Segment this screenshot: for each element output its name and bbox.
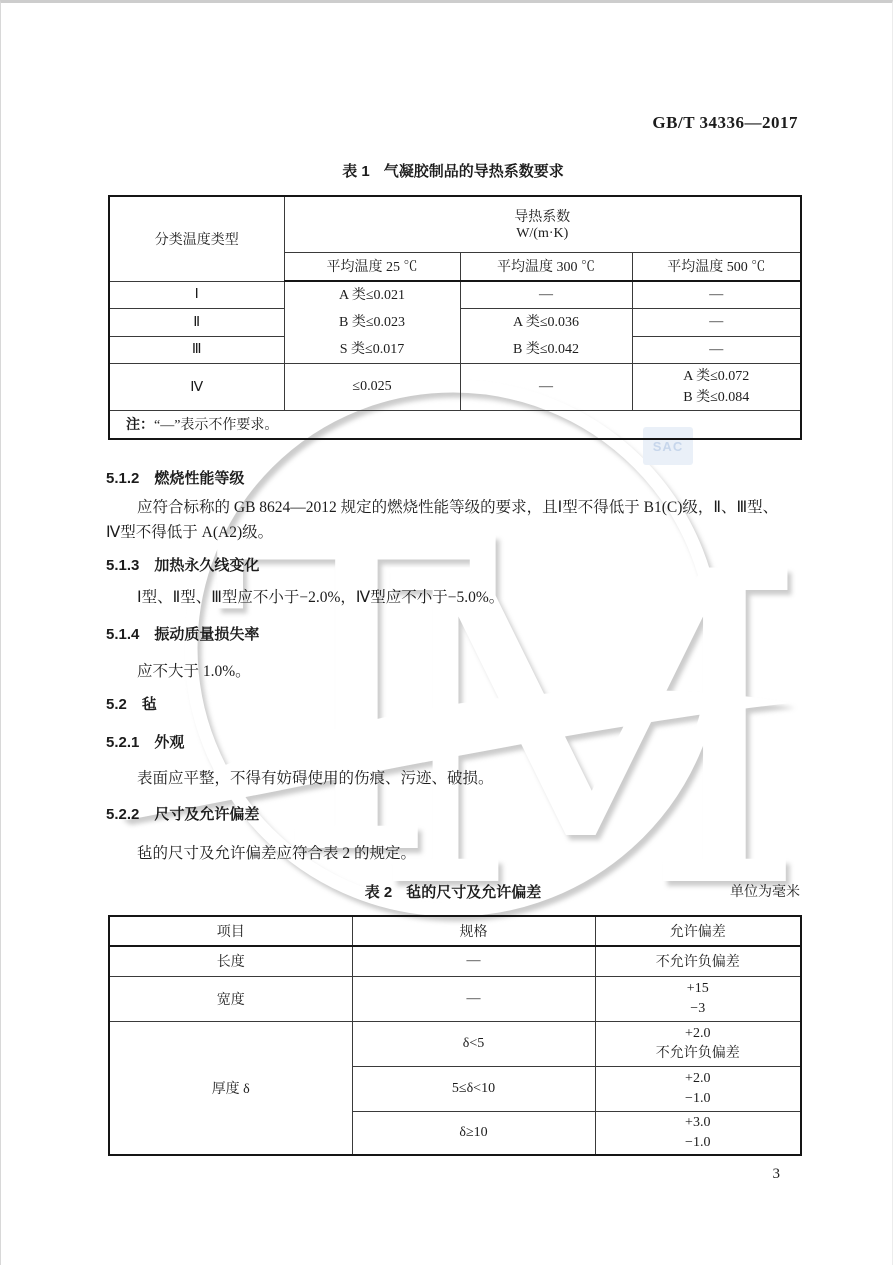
table2-felt-dimensions: 项目 规格 允许偏差 长度 — 不允许负偏差 宽度 — +15 −3 厚度 δ …: [108, 915, 802, 1156]
t2-header-deviation: 允许偏差: [595, 916, 801, 946]
table-row: 宽度 — +15 −3: [109, 976, 801, 1021]
t1-group-line2: W/(m·K): [289, 226, 797, 242]
t1-note-label: 注：: [126, 416, 154, 432]
table1-thermal-conductivity: 分类温度类型 导热系数 W/(m·K) 平均温度 25 ℃ 平均温度 300 ℃…: [108, 195, 802, 440]
section-513-heading: 5.1.3加热永久线变化: [106, 554, 806, 575]
t2-spec-width: —: [352, 976, 595, 1021]
t2-header-item: 项目: [109, 916, 352, 946]
t1-cell-500c-r1: —: [632, 281, 801, 308]
t1-type-3: Ⅲ: [109, 336, 284, 364]
section-title: 外观: [154, 734, 184, 751]
t1-cell-300c-r1: —: [460, 281, 632, 308]
section-52-heading: 5.2毡: [106, 693, 806, 714]
section-512-heading: 5.1.2燃烧性能等级: [106, 467, 806, 488]
section-number: 5.1.2: [106, 470, 139, 487]
table-row: 注：“—”表示不作要求。: [109, 411, 801, 439]
section-521-paragraph: 表面应平整，不得有妨碍使用的伤痕、污迹、破损。: [106, 766, 866, 791]
section-521-heading: 5.2.1外观: [106, 731, 806, 752]
table-row: Ⅳ ≤0.025 — A 类≤0.072 B 类≤0.084: [109, 364, 801, 411]
t2-spec-thickness-3: δ≥10: [352, 1111, 595, 1155]
t1-cell-500c-r4: A 类≤0.072 B 类≤0.084: [632, 364, 801, 411]
section-number: 5.2: [106, 696, 127, 713]
section-512-paragraph: 应符合标称的 GB 8624—2012 规定的燃烧性能等级的要求，且Ⅰ型不得低于…: [106, 495, 866, 545]
section-number: 5.1.4: [106, 626, 139, 643]
document-page: T M SAC GB/T 34336—2017 表 1气凝胶制品的导热系数要求 …: [0, 0, 893, 1265]
t2-dev-thickness-2: +2.0 −1.0: [595, 1066, 801, 1111]
t1-note-text: “—”表示不作要求。: [154, 418, 278, 433]
table2-unit-note: 单位为毫米: [730, 881, 800, 901]
section-title: 毡: [142, 696, 157, 713]
section-514-heading: 5.1.4振动质量损失率: [106, 623, 806, 644]
t1-type-4: Ⅳ: [109, 364, 284, 411]
t1-header-group: 导热系数 W/(m·K): [284, 196, 801, 252]
table1-caption-label: 表 1: [342, 163, 370, 180]
section-number: 5.2.1: [106, 734, 139, 751]
t1-subheader-25c: 平均温度 25 ℃: [284, 252, 460, 281]
table2-caption-label: 表 2: [365, 884, 393, 901]
standard-number: GB/T 34336—2017: [652, 113, 798, 133]
t2-item-width: 宽度: [109, 976, 352, 1021]
table-row: 厚度 δ δ<5 +2.0 不允许负偏差: [109, 1021, 801, 1066]
section-522-paragraph: 毡的尺寸及允许偏差应符合表 2 的规定。: [106, 841, 866, 866]
t1-cell-25c-r4: ≤0.025: [284, 364, 460, 411]
section-514-paragraph: 应不大于 1.0%。: [106, 659, 866, 684]
t1-note: 注：“—”表示不作要求。: [109, 411, 801, 439]
t1-subheader-300c: 平均温度 300 ℃: [460, 252, 632, 281]
t2-item-length: 长度: [109, 946, 352, 976]
section-title: 振动质量损失率: [154, 626, 259, 643]
t2-dev-thickness-3: +3.0 −1.0: [595, 1111, 801, 1155]
section-513-paragraph: Ⅰ型、Ⅱ型、Ⅲ型应不小于−2.0%，Ⅳ型应不小于−5.0%。: [106, 585, 866, 610]
t1-cell-500c-r2: —: [632, 308, 801, 336]
section-number: 5.1.3: [106, 557, 139, 574]
section-title: 加热永久线变化: [154, 557, 259, 574]
t2-header-spec: 规格: [352, 916, 595, 946]
t2-dev-width: +15 −3: [595, 976, 801, 1021]
t1-cell-25c-merged: A 类≤0.021 B 类≤0.023 S 类≤0.017: [284, 281, 460, 364]
t1-header-classification: 分类温度类型: [109, 196, 284, 281]
table1-caption-text: 气凝胶制品的导热系数要求: [384, 163, 564, 180]
t1-type-2: Ⅱ: [109, 308, 284, 336]
t1-cell-300c-merged: A 类≤0.036 B 类≤0.042: [460, 308, 632, 364]
t1-cell-300c-r4: —: [460, 364, 632, 411]
t2-spec-length: —: [352, 946, 595, 976]
t2-spec-thickness-1: δ<5: [352, 1021, 595, 1066]
t2-spec-thickness-2: 5≤δ<10: [352, 1066, 595, 1111]
section-number: 5.2.2: [106, 806, 139, 823]
table2-caption: 表 2毡的尺寸及允许偏差 单位为毫米: [106, 881, 800, 902]
section-title: 燃烧性能等级: [154, 470, 244, 487]
table-row: Ⅰ A 类≤0.021 B 类≤0.023 S 类≤0.017 — —: [109, 281, 801, 308]
t2-item-thickness: 厚度 δ: [109, 1021, 352, 1155]
t1-group-line1: 导热系数: [289, 206, 797, 226]
section-522-heading: 5.2.2尺寸及允许偏差: [106, 803, 806, 824]
table2-caption-text: 毡的尺寸及允许偏差: [406, 884, 541, 901]
table-row: 长度 — 不允许负偏差: [109, 946, 801, 976]
table1-caption: 表 1气凝胶制品的导热系数要求: [106, 160, 800, 181]
page-number: 3: [773, 1166, 781, 1183]
section-title: 尺寸及允许偏差: [154, 806, 259, 823]
t1-cell-500c-r3: —: [632, 336, 801, 364]
t2-dev-length: 不允许负偏差: [595, 946, 801, 976]
t2-dev-thickness-1: +2.0 不允许负偏差: [595, 1021, 801, 1066]
t1-subheader-500c: 平均温度 500 ℃: [632, 252, 801, 281]
t1-type-1: Ⅰ: [109, 281, 284, 308]
